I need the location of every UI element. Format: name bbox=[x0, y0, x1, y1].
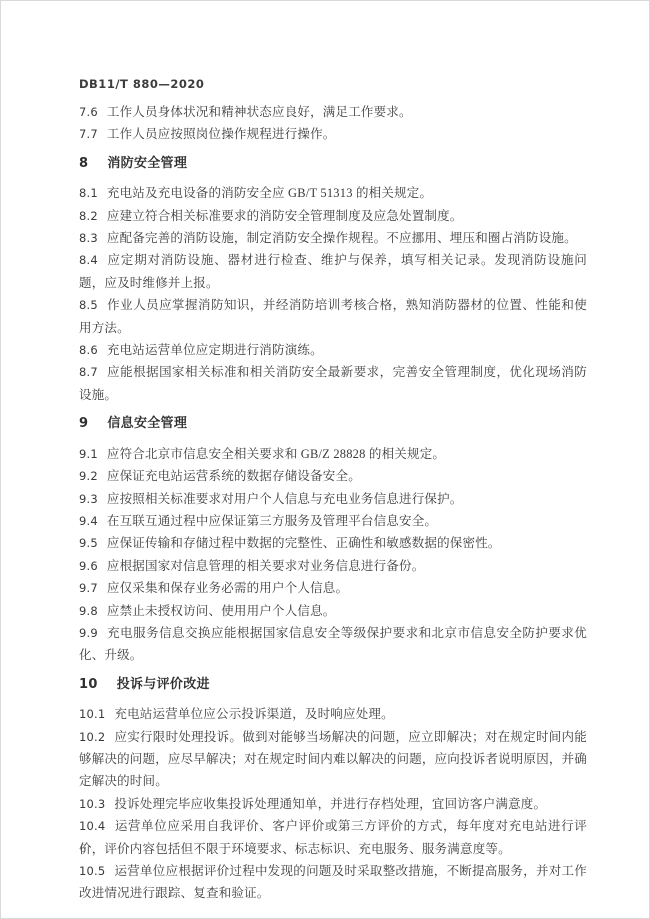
clause-text: 应仅采集和保存业务必需的用户个人信息。 bbox=[107, 581, 348, 595]
clause-text: 应符合北京市信息安全相关要求和 GB/Z 28828 的相关规定。 bbox=[107, 447, 445, 461]
section-title: 消防安全管理 bbox=[107, 156, 187, 171]
clause-number: 8.3 bbox=[79, 231, 98, 245]
clause-paragraph: 9.5应保证传输和存储过程中数据的完整性、正确性和敏感数据的保密性。 bbox=[79, 532, 587, 554]
clause-text: 充电站及充电设备的消防安全应 GB/T 51313 的相关规定。 bbox=[107, 186, 432, 200]
section-title: 信息安全管理 bbox=[107, 416, 187, 431]
clause-number: 9.2 bbox=[79, 469, 98, 483]
clause-paragraph: 8.7应能根据国家相关标准和相关消防安全最新要求，完善安全管理制度，优化现场消防… bbox=[79, 361, 587, 406]
clause-paragraph: 10.5运营单位应根据评价过程中发现的问题及时采取整改措施，不断提高服务，并对工… bbox=[79, 860, 587, 905]
clause-text: 投诉处理完毕应收集投诉处理通知单，并进行存档处理，宜回访客户满意度。 bbox=[114, 797, 546, 811]
section-number: 8 bbox=[79, 156, 88, 171]
clause-paragraph: 8.5作业人员应掌握消防知识，并经消防培训考核合格，熟知消防器材的位置、性能和使… bbox=[79, 294, 587, 339]
clause-text: 充电服务信息交换应能根据国家信息安全等级保护要求和北京市信息安全防护要求优化、升… bbox=[79, 626, 587, 662]
clause-number: 9.1 bbox=[79, 447, 98, 461]
clause-paragraph: 7.6工作人员身体状况和精神状态应良好，满足工作要求。 bbox=[79, 101, 587, 123]
clause-text: 应根据国家对信息管理的相关要求对业务信息进行备份。 bbox=[107, 559, 425, 573]
clause-text: 应保证传输和存储过程中数据的完整性、正确性和敏感数据的保密性。 bbox=[107, 536, 501, 550]
clause-paragraph: 8.1充电站及充电设备的消防安全应 GB/T 51313 的相关规定。 bbox=[79, 182, 587, 204]
clause-number: 7.7 bbox=[79, 127, 98, 141]
clause-paragraph: 9.7应仅采集和保存业务必需的用户个人信息。 bbox=[79, 577, 587, 599]
clause-paragraph: 7.7工作人员应按照岗位操作规程进行操作。 bbox=[79, 123, 587, 145]
clause-paragraph: 9.4在互联互通过程中应保证第三方服务及管理平台信息安全。 bbox=[79, 510, 587, 532]
clause-text: 应配备完善的消防设施，制定消防安全操作规程。不应挪用、埋压和圈占消防设施。 bbox=[107, 231, 577, 245]
clause-text: 应定期对消防设施、器材进行检查、维护与保养，填写相关记录。发现消防设施问题，应及… bbox=[79, 253, 587, 289]
clause-number: 10.1 bbox=[79, 707, 105, 721]
clause-number: 9.5 bbox=[79, 536, 98, 550]
clause-number: 9.9 bbox=[79, 626, 98, 640]
section-heading: 9信息安全管理 bbox=[79, 413, 587, 435]
clause-number: 9.6 bbox=[79, 559, 98, 573]
document-page: DB11/T 880—2020 7.6工作人员身体状况和精神状态应良好，满足工作… bbox=[0, 0, 650, 919]
clause-paragraph: 10.3投诉处理完毕应收集投诉处理通知单，并进行存档处理，宜回访客户满意度。 bbox=[79, 793, 587, 815]
clause-text: 应按照相关标准要求对用户个人信息与充电业务信息进行保护。 bbox=[107, 492, 463, 506]
clause-number: 8.2 bbox=[79, 209, 98, 223]
clause-number: 10.4 bbox=[79, 819, 105, 833]
section-title: 投诉与评价改进 bbox=[117, 677, 210, 692]
document-body: 7.6工作人员身体状况和精神状态应良好，满足工作要求。7.7工作人员应按照岗位操… bbox=[79, 101, 587, 905]
clause-number: 9.8 bbox=[79, 604, 98, 618]
clause-paragraph: 9.6应根据国家对信息管理的相关要求对业务信息进行备份。 bbox=[79, 555, 587, 577]
section-number: 9 bbox=[79, 416, 88, 431]
clause-text: 工作人员应按照岗位操作规程进行操作。 bbox=[107, 127, 336, 141]
clause-paragraph: 8.4应定期对消防设施、器材进行检查、维护与保养，填写相关记录。发现消防设施问题… bbox=[79, 249, 587, 294]
clause-number: 10.5 bbox=[79, 864, 105, 878]
clause-number: 8.7 bbox=[79, 365, 98, 379]
section-heading: 8消防安全管理 bbox=[79, 153, 587, 175]
clause-number: 9.4 bbox=[79, 514, 98, 528]
clause-text: 工作人员身体状况和精神状态应良好，满足工作要求。 bbox=[107, 105, 412, 119]
clause-paragraph: 9.1应符合北京市信息安全相关要求和 GB/Z 28828 的相关规定。 bbox=[79, 443, 587, 465]
clause-number: 8.6 bbox=[79, 343, 98, 357]
clause-text: 应实行限时处理投诉。做到对能够当场解决的问题，应立即解决；对在规定时间内能够解决… bbox=[79, 730, 587, 789]
clause-text: 在互联互通过程中应保证第三方服务及管理平台信息安全。 bbox=[107, 514, 437, 528]
clause-number: 9.7 bbox=[79, 581, 98, 595]
clause-text: 应建立符合相关标准要求的消防安全管理制度及应急处置制度。 bbox=[107, 209, 463, 223]
clause-number: 10.3 bbox=[79, 797, 105, 811]
clause-paragraph: 8.2应建立符合相关标准要求的消防安全管理制度及应急处置制度。 bbox=[79, 205, 587, 227]
clause-number: 8.1 bbox=[79, 186, 98, 200]
clause-paragraph: 10.2应实行限时处理投诉。做到对能够当场解决的问题，应立即解决；对在规定时间内… bbox=[79, 726, 587, 793]
document-code: DB11/T 880—2020 bbox=[79, 77, 587, 91]
clause-text: 作业人员应掌握消防知识，并经消防培训考核合格，熟知消防器材的位置、性能和使用方法… bbox=[79, 298, 587, 334]
clause-text: 应能根据国家相关标准和相关消防安全最新要求，完善安全管理制度，优化现场消防设施。 bbox=[79, 365, 587, 401]
clause-paragraph: 10.1充电站运营单位应公示投诉渠道，及时响应处理。 bbox=[79, 703, 587, 725]
clause-paragraph: 9.9充电服务信息交换应能根据国家信息安全等级保护要求和北京市信息安全防护要求优… bbox=[79, 622, 587, 667]
clause-number: 8.5 bbox=[79, 298, 98, 312]
section-number: 10 bbox=[79, 677, 98, 692]
clause-text: 运营单位应采用自我评价、客户评价或第三方评价的方式，每年度对充电站进行评价，评价… bbox=[79, 819, 587, 855]
clause-number: 8.4 bbox=[79, 253, 98, 267]
clause-paragraph: 9.3应按照相关标准要求对用户个人信息与充电业务信息进行保护。 bbox=[79, 488, 587, 510]
clause-number: 7.6 bbox=[79, 105, 98, 119]
clause-paragraph: 8.3应配备完善的消防设施，制定消防安全操作规程。不应挪用、埋压和圈占消防设施。 bbox=[79, 227, 587, 249]
clause-paragraph: 10.4运营单位应采用自我评价、客户评价或第三方评价的方式，每年度对充电站进行评… bbox=[79, 815, 587, 860]
clause-paragraph: 9.2应保证充电站运营系统的数据存储设备安全。 bbox=[79, 465, 587, 487]
clause-number: 10.2 bbox=[79, 730, 105, 744]
page-number: 6 bbox=[80, 843, 86, 855]
clause-text: 运营单位应根据评价过程中发现的问题及时采取整改措施，不断提高服务，并对工作改进情… bbox=[79, 864, 587, 900]
clause-number: 9.3 bbox=[79, 492, 98, 506]
clause-text: 充电站运营单位应定期进行消防演练。 bbox=[107, 343, 323, 357]
clause-paragraph: 9.8应禁止未授权访问、使用用户个人信息。 bbox=[79, 600, 587, 622]
clause-text: 充电站运营单位应公示投诉渠道，及时响应处理。 bbox=[114, 707, 393, 721]
clause-paragraph: 8.6充电站运营单位应定期进行消防演练。 bbox=[79, 339, 587, 361]
clause-text: 应禁止未授权访问、使用用户个人信息。 bbox=[107, 604, 336, 618]
section-heading: 10投诉与评价改进 bbox=[79, 674, 587, 696]
clause-text: 应保证充电站运营系统的数据存储设备安全。 bbox=[107, 469, 361, 483]
